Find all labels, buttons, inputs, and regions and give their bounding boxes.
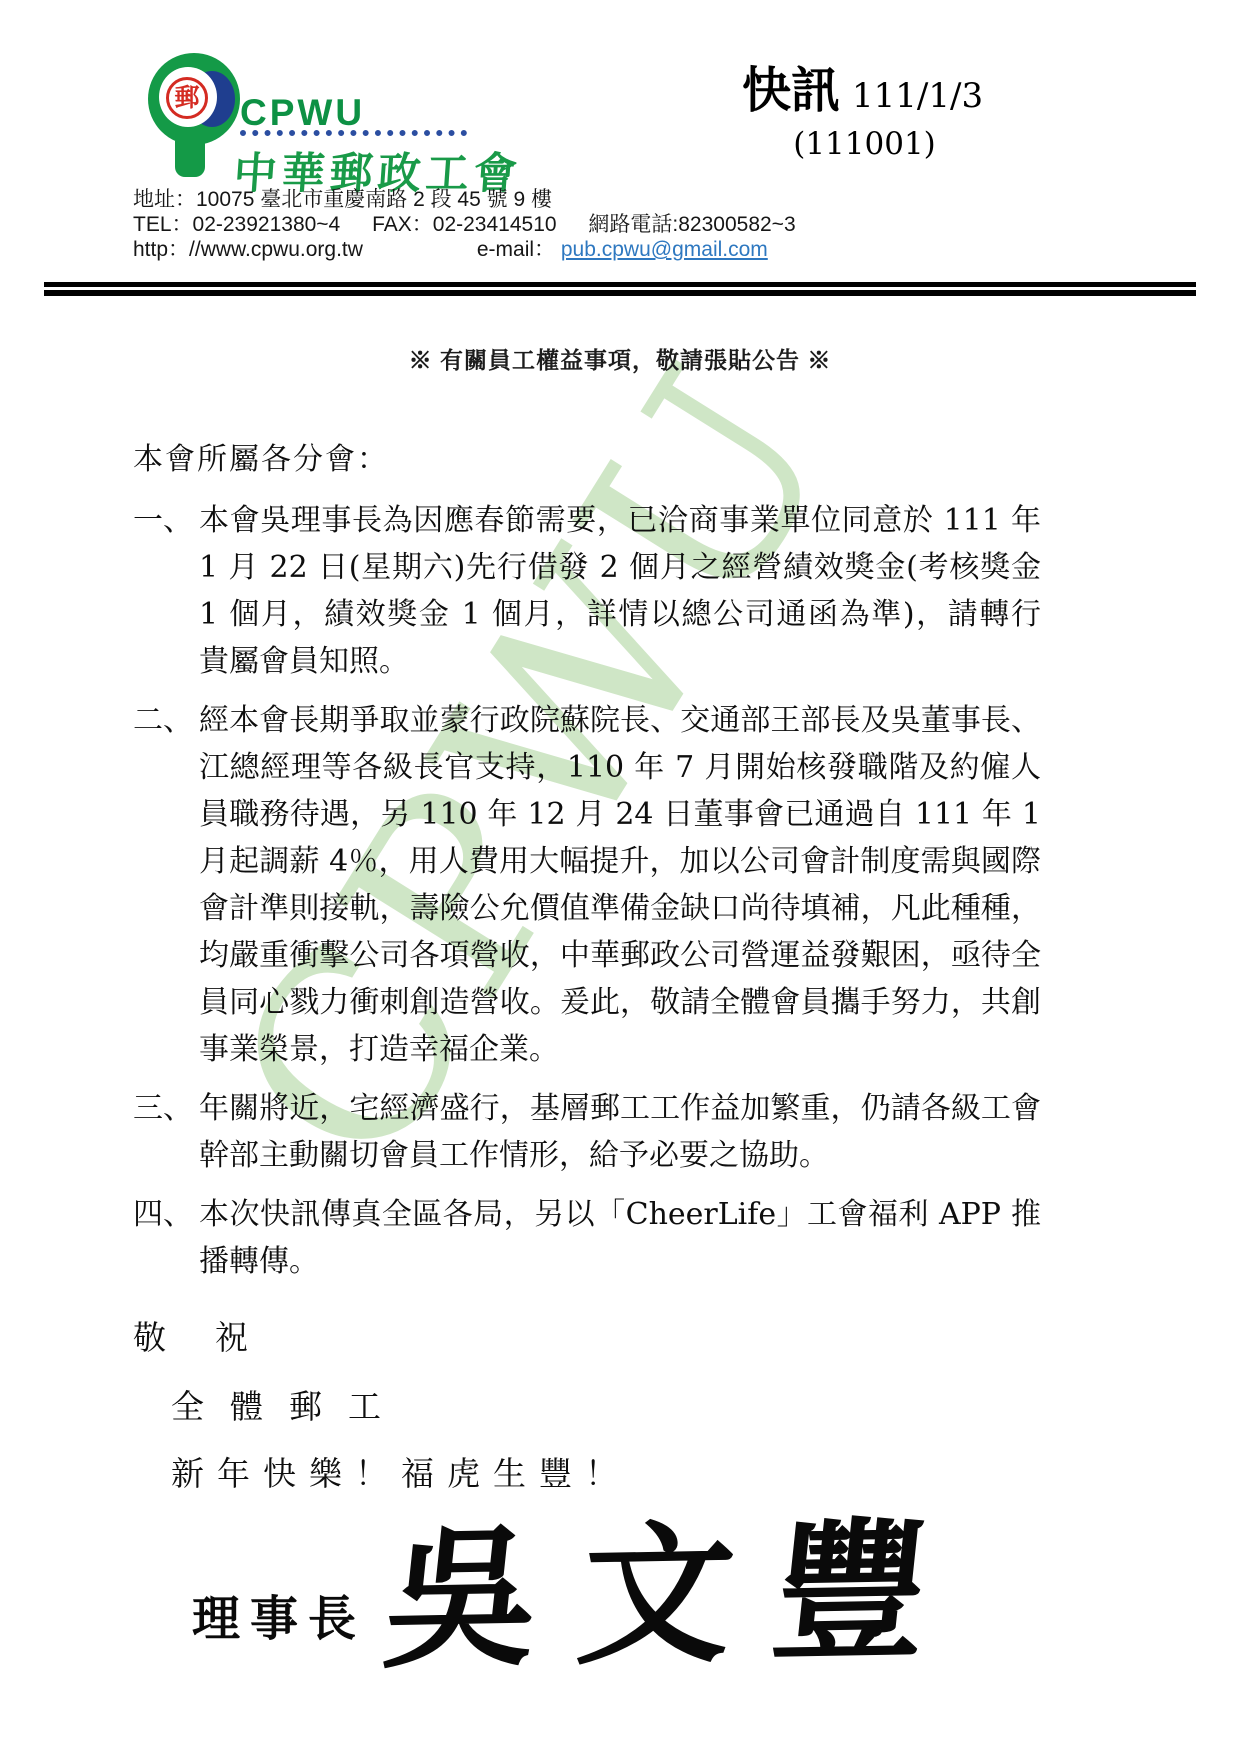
- item-number: 二、: [133, 697, 199, 1073]
- closing-block: 敬 祝 全體郵工 新年快樂！福虎生豐！: [133, 1312, 631, 1495]
- salutation: 本會所屬各分會：: [133, 436, 1041, 483]
- item-number: 一、: [133, 497, 199, 685]
- bulletin-title-row: 快訊 111/1/3: [742, 52, 992, 122]
- contact-web-row: http：//www.cpwu.org.tw e-mail： pub.cpwu@…: [133, 237, 796, 262]
- letter-body: 本會所屬各分會： 一、 本會吳理事長為因應春節需要，已洽商事業單位同意於 111…: [133, 436, 1041, 1285]
- contact-fax: FAX：02-23414510: [372, 213, 556, 236]
- list-item: 三、 年關將近，宅經濟盛行，基層郵工工作益加繁重，仍請各級工會幹部主動關切會員工…: [133, 1085, 1041, 1179]
- contact-net-phone: 網路電話:82300582~3: [588, 213, 795, 236]
- divider-line-top: [44, 282, 1196, 287]
- posting-notice: ※ 有關員工權益事項，敬請張貼公告 ※: [0, 342, 1240, 375]
- item-text: 本次快訊傳真全區各局，另以「CheerLife」工會福利 APP 推播轉傳。: [199, 1191, 1041, 1285]
- issue-number: (111001): [742, 126, 987, 162]
- contact-email-label: e-mail：: [477, 238, 555, 261]
- contact-website: http：//www.cpwu.org.tw: [133, 237, 471, 262]
- signer-title: 理事長: [192, 1580, 366, 1649]
- closing-salute: 敬 祝: [133, 1312, 631, 1359]
- letterhead-divider: [44, 282, 1196, 296]
- item-text: 年關將近，宅經濟盛行，基層郵工工作益加繁重，仍請各級工會幹部主動關切會員工作情形…: [199, 1085, 1041, 1179]
- bulletin-date: 111/1/3: [852, 76, 983, 116]
- list-item: 二、 經本會長期爭取並蒙行政院蘇院長、交通部王部長及吳董事長、江總經理等各級長官…: [133, 697, 1041, 1073]
- contact-email-link[interactable]: pub.cpwu@gmail.com: [561, 238, 768, 261]
- logo-circle-icon: 郵: [148, 53, 240, 145]
- signer-signature: 吳文豐: [376, 1469, 982, 1697]
- contact-block: 地址：10075 臺北市重慶南路 2 段 45 號 9 樓 TEL：02-239…: [133, 187, 796, 262]
- item-number: 三、: [133, 1085, 199, 1179]
- logo-stem-icon: [175, 141, 205, 177]
- logo-acronym: CPWU: [240, 92, 365, 134]
- contact-address: 地址：10075 臺北市重慶南路 2 段 45 號 9 樓: [133, 187, 796, 212]
- item-text: 本會吳理事長為因應春節需要，已洽商事業單位同意於 111 年 1 月 22 日(…: [199, 497, 1041, 685]
- bulletin-page: CPWU 郵 CPWU 中華郵政工會 快訊 111/1/3 (111001) 地…: [0, 0, 1240, 1754]
- item-number: 四、: [133, 1191, 199, 1285]
- list-item: 四、 本次快訊傳真全區各局，另以「CheerLife」工會福利 APP 推播轉傳…: [133, 1191, 1041, 1285]
- logo-dotted-underline: [240, 130, 467, 136]
- divider-line-bottom: [44, 290, 1196, 296]
- item-text: 經本會長期爭取並蒙行政院蘇院長、交通部王部長及吳董事長、江總經理等各級長官支持，…: [199, 697, 1041, 1073]
- contact-tel: TEL：02-23921380~4: [133, 213, 340, 236]
- closing-addressee: 全體郵工: [171, 1381, 631, 1428]
- list-item: 一、 本會吳理事長為因應春節需要，已洽商事業單位同意於 111 年 1 月 22…: [133, 497, 1041, 685]
- postal-emblem-icon: 郵: [166, 77, 208, 119]
- contact-phones: TEL：02-23921380~4 FAX：02-23414510 網路電話:8…: [133, 212, 796, 237]
- bulletin-title: 快訊: [742, 52, 840, 122]
- cpwu-logo: 郵: [148, 53, 244, 183]
